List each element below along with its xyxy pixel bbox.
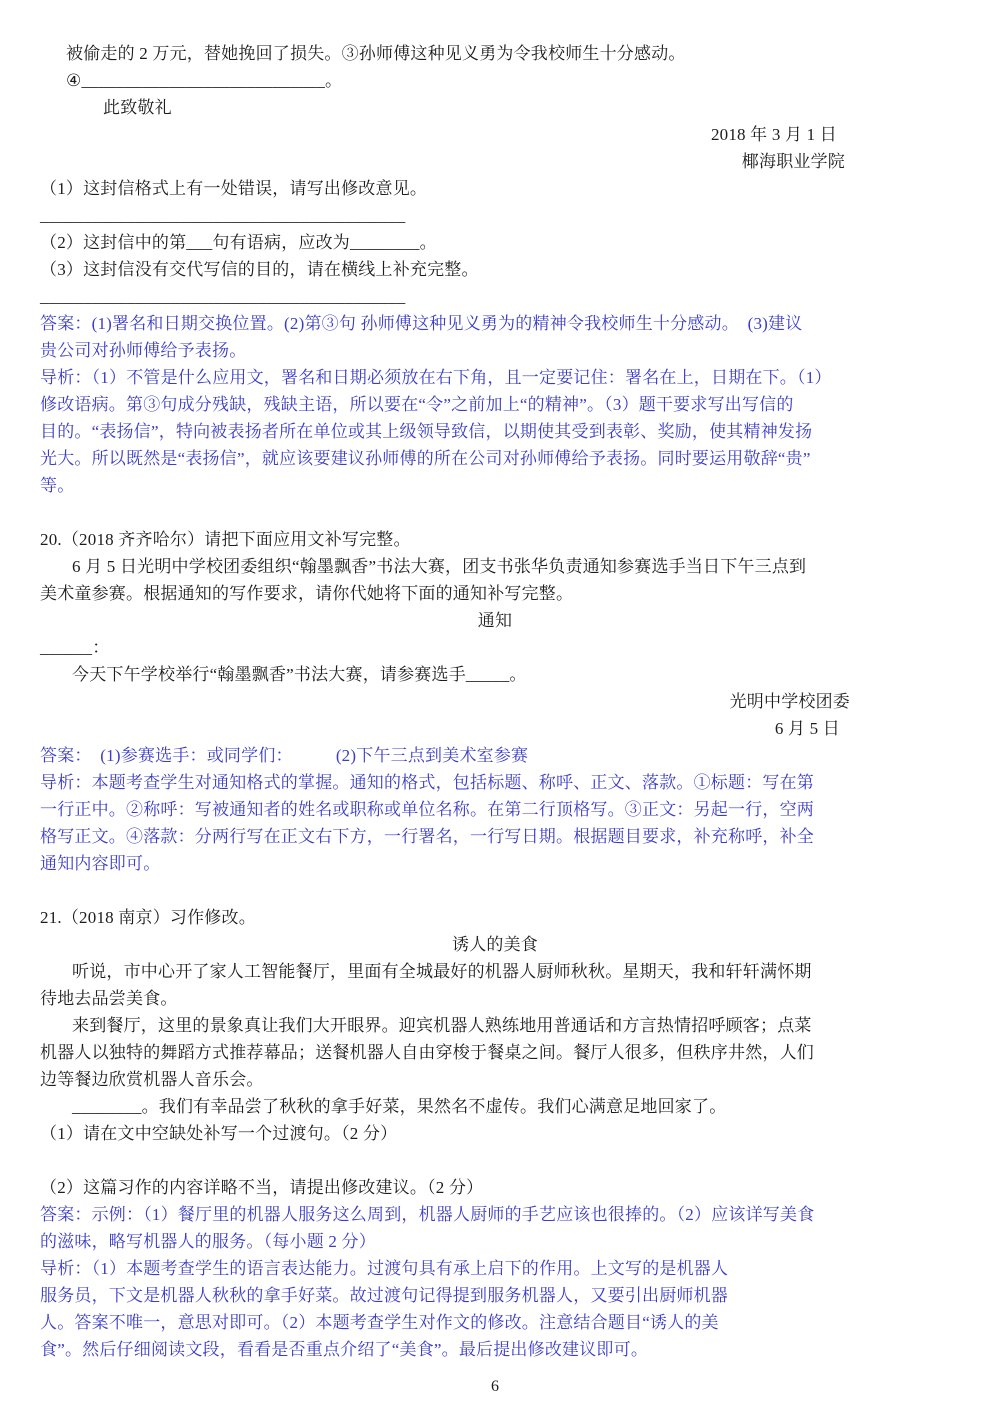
text-line: 人。答案不唯一，意思对即可。（2）本题考查学生对作文的修改。注意结合题目“诱人的… [40, 1309, 950, 1336]
text-line: 6 月 5 日光明中学校团委组织“翰墨飘香”书法大赛，团支书张华负责通知参赛选手… [40, 553, 950, 580]
text-line: 21.（2018 南京）习作修改。 [40, 904, 950, 931]
text-line: 光大。所以既然是“表扬信”，就应该要建议孙师傅的所在公司对孙师傅给予表扬。同时要… [40, 445, 950, 472]
text-line: 答案： (1)参赛选手：或同学们： (2)下午三点到美术室参赛 [40, 742, 950, 769]
text-line: 机器人以独特的舞蹈方式推荐幕品；送餐机器人自由穿梭于餐桌之间。餐厅人很多，但秩序… [40, 1039, 950, 1066]
text-line: 目的。“表扬信”，特向被表扬者所在单位或其上级领导致信，以期使其受到表彰、奖励，… [40, 418, 950, 445]
text-line: 椰海职业学院 [40, 148, 950, 175]
text-line: 导析：（1）不管是什么应用文，署名和日期必须放在右下角，且一定要记住：署名在上，… [40, 364, 950, 391]
text-line: 等。 [40, 472, 950, 499]
text-line: 2018 年 3 月 1 日 [40, 121, 950, 148]
page-number: 6 [40, 1373, 950, 1400]
text-line: 被偷走的 2 万元，替她挽回了损失。③孙师傅这种见义勇为令我校师生十分感动。 [40, 40, 950, 67]
text-line: 食”。然后仔细阅读文段，看看是否重点介绍了“美食”。最后提出修改建议即可。 [40, 1336, 950, 1363]
text-line: （1）这封信格式上有一处错误，请写出修改意见。 [40, 175, 950, 202]
text-line: 此致敬礼 [40, 94, 950, 121]
text-line: 答案：示例：（1）餐厅里的机器人服务这么周到，机器人厨师的手艺应该也很捧的。（2… [40, 1201, 950, 1228]
text-line: 美术童参赛。根据通知的写作要求，请你代她将下面的通知补写完整。 [40, 580, 950, 607]
text-line: ________________________________________… [40, 202, 950, 229]
text-line: 导析：（1）本题考查学生的语言表达能力。过渡句具有承上启下的作用。上文写的是机器… [40, 1255, 950, 1282]
text-line: 6 月 5 日 [40, 715, 950, 742]
text-line: 答案：(1)署名和日期交换位置。(2)第③句 孙师傅这种见义勇为的精神令我校师生… [40, 310, 950, 337]
text-line: （3）这封信没有交代写信的目的，请在横线上补充完整。 [40, 256, 950, 283]
text-line: 服务员，下文是机器人秋秋的拿手好菜。故过渡句记得提到服务机器人，又要引出厨师机器 [40, 1282, 950, 1309]
text-line: 光明中学校团委 [40, 688, 950, 715]
text-line: 听说，市中心开了家人工智能餐厅，里面有全城最好的机器人厨师秋秋。星期天，我和轩轩… [40, 958, 950, 985]
text-line: 诱人的美食 [40, 931, 950, 958]
text-line: 今天下午学校举行“翰墨飘香”书法大赛，请参赛选手_____。 [40, 661, 950, 688]
text-line: 的滋味，略写机器人的服务。（每小题 2 分） [40, 1228, 950, 1255]
text-line: 来到餐厅，这里的景象真让我们大开眼界。迎宾机器人熟练地用普通话和方言热情招呼顾客… [40, 1012, 950, 1039]
text-line: 一行正中。②称呼：写被通知者的姓名或职称或单位名称。在第二行顶格写。③正文：另起… [40, 796, 950, 823]
text-line: 导析：本题考查学生对通知格式的掌握。通知的格式，包括标题、称呼、正文、落款。①标… [40, 769, 950, 796]
text-line: 贵公司对孙师傅给予表扬。 [40, 337, 950, 364]
text-line: （2）这封信中的第___句有语病，应改为________。 [40, 229, 950, 256]
text-line: 20.（2018 齐齐哈尔）请把下面应用文补写完整。 [40, 526, 950, 553]
text-line: ________。我们有幸品尝了秋秋的拿手好菜，果然名不虚传。我们心满意足地回家… [40, 1093, 950, 1120]
text-line: 通知 [40, 607, 950, 634]
text-line: ________________________________________… [40, 283, 950, 310]
text-line: ______： [40, 634, 950, 661]
text-line: 格写正文。④落款：分两行写在正文右下方，一行署名，一行写日期。根据题目要求，补充… [40, 823, 950, 850]
document-text-block: 被偷走的 2 万元，替她挽回了损失。③孙师傅这种见义勇为令我校师生十分感动。④_… [40, 40, 950, 1363]
text-line: 边等餐边欣赏机器人音乐会。 [40, 1066, 950, 1093]
text-line: 待地去品尝美食。 [40, 985, 950, 1012]
text-line: （2）这篇习作的内容详略不当，请提出修改建议。（2 分） [40, 1174, 950, 1201]
text-line: 修改语病。第③句成分残缺，残缺主语，所以要在“令”之前加上“的精神”。（3）题干… [40, 391, 950, 418]
text-line: 通知内容即可。 [40, 850, 950, 877]
text-line: ④____________________________。 [40, 67, 950, 94]
document-page: 被偷走的 2 万元，替她挽回了损失。③孙师傅这种见义勇为令我校师生十分感动。④_… [0, 0, 992, 1403]
text-line: （1）请在文中空缺处补写一个过渡句。（2 分） [40, 1120, 950, 1147]
